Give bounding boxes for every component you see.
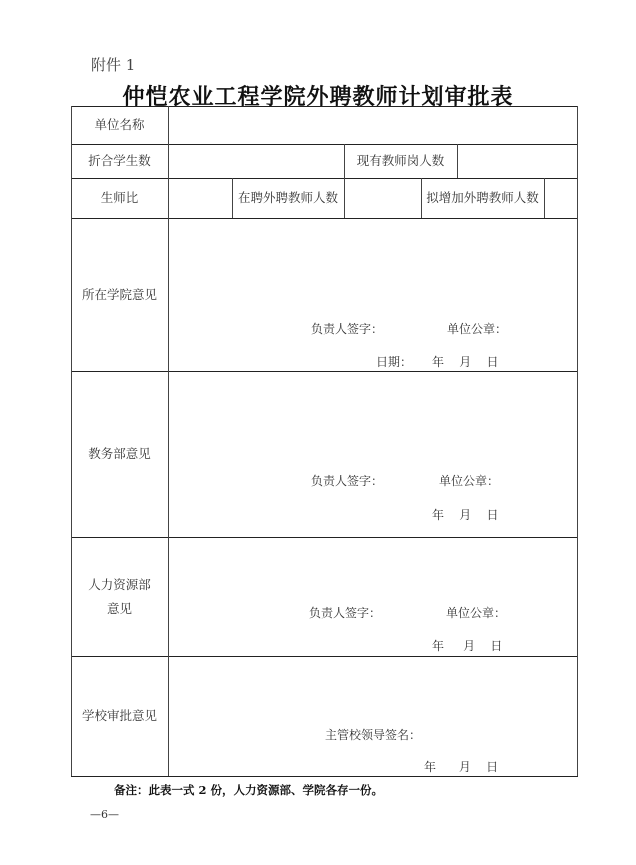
hr-opinion-label-line1: 人力资源部 <box>88 573 151 597</box>
current-teacher-count-label: 现有教师岗人数 <box>344 144 457 178</box>
academic-affairs-opinion-field[interactable] <box>169 372 577 467</box>
academic-affairs-date: 年 月 日 <box>432 506 499 523</box>
form-note: 备注：此表一式 2 份，人力资源部、学院各存一份。 <box>114 782 383 798</box>
college-date-prefix: 日期： <box>376 353 412 370</box>
hr-sign-label: 负责人签字： <box>309 604 381 621</box>
school-approval-label: 学校审批意见 <box>71 656 168 776</box>
college-date: 年 月 日 <box>432 353 499 370</box>
student-count-field[interactable] <box>169 145 344 178</box>
hr-seal-label: 单位公章： <box>446 604 506 621</box>
hr-opinion-label: 人力资源部 意见 <box>71 537 168 656</box>
attachment-label: 附件 1 <box>91 54 135 75</box>
planned-external-teacher-field[interactable] <box>545 179 577 218</box>
school-leader-sign-label: 主管校领导签名： <box>325 726 421 743</box>
current-teacher-count-field[interactable] <box>458 145 577 178</box>
page-number: —6— <box>90 808 119 821</box>
college-sign-label: 负责人签字： <box>311 320 383 337</box>
student-teacher-ratio-field[interactable] <box>169 179 232 218</box>
current-external-teacher-label: 在聘外聘教师人数 <box>232 178 344 218</box>
hr-opinion-label-line2: 意见 <box>107 597 132 621</box>
college-opinion-label: 所在学院意见 <box>71 218 168 371</box>
college-opinion-field[interactable] <box>169 219 577 319</box>
current-external-teacher-field[interactable] <box>345 179 421 218</box>
student-teacher-ratio-label: 生师比 <box>71 178 168 218</box>
school-approval-date: 年 月 日 <box>424 758 498 775</box>
hr-opinion-field[interactable] <box>169 538 577 598</box>
hr-date: 年 月 日 <box>432 637 502 654</box>
academic-affairs-opinion-label: 教务部意见 <box>71 371 168 537</box>
unit-name-label: 单位名称 <box>71 106 168 144</box>
student-count-label: 折合学生数 <box>71 144 168 178</box>
college-seal-label: 单位公章： <box>447 320 507 337</box>
school-approval-field[interactable] <box>169 657 577 722</box>
academic-affairs-seal-label: 单位公章： <box>439 472 499 489</box>
unit-name-field[interactable] <box>169 107 577 144</box>
academic-affairs-sign-label: 负责人签字： <box>311 472 383 489</box>
planned-external-teacher-label: 拟增加外聘教师人数 <box>421 178 544 218</box>
